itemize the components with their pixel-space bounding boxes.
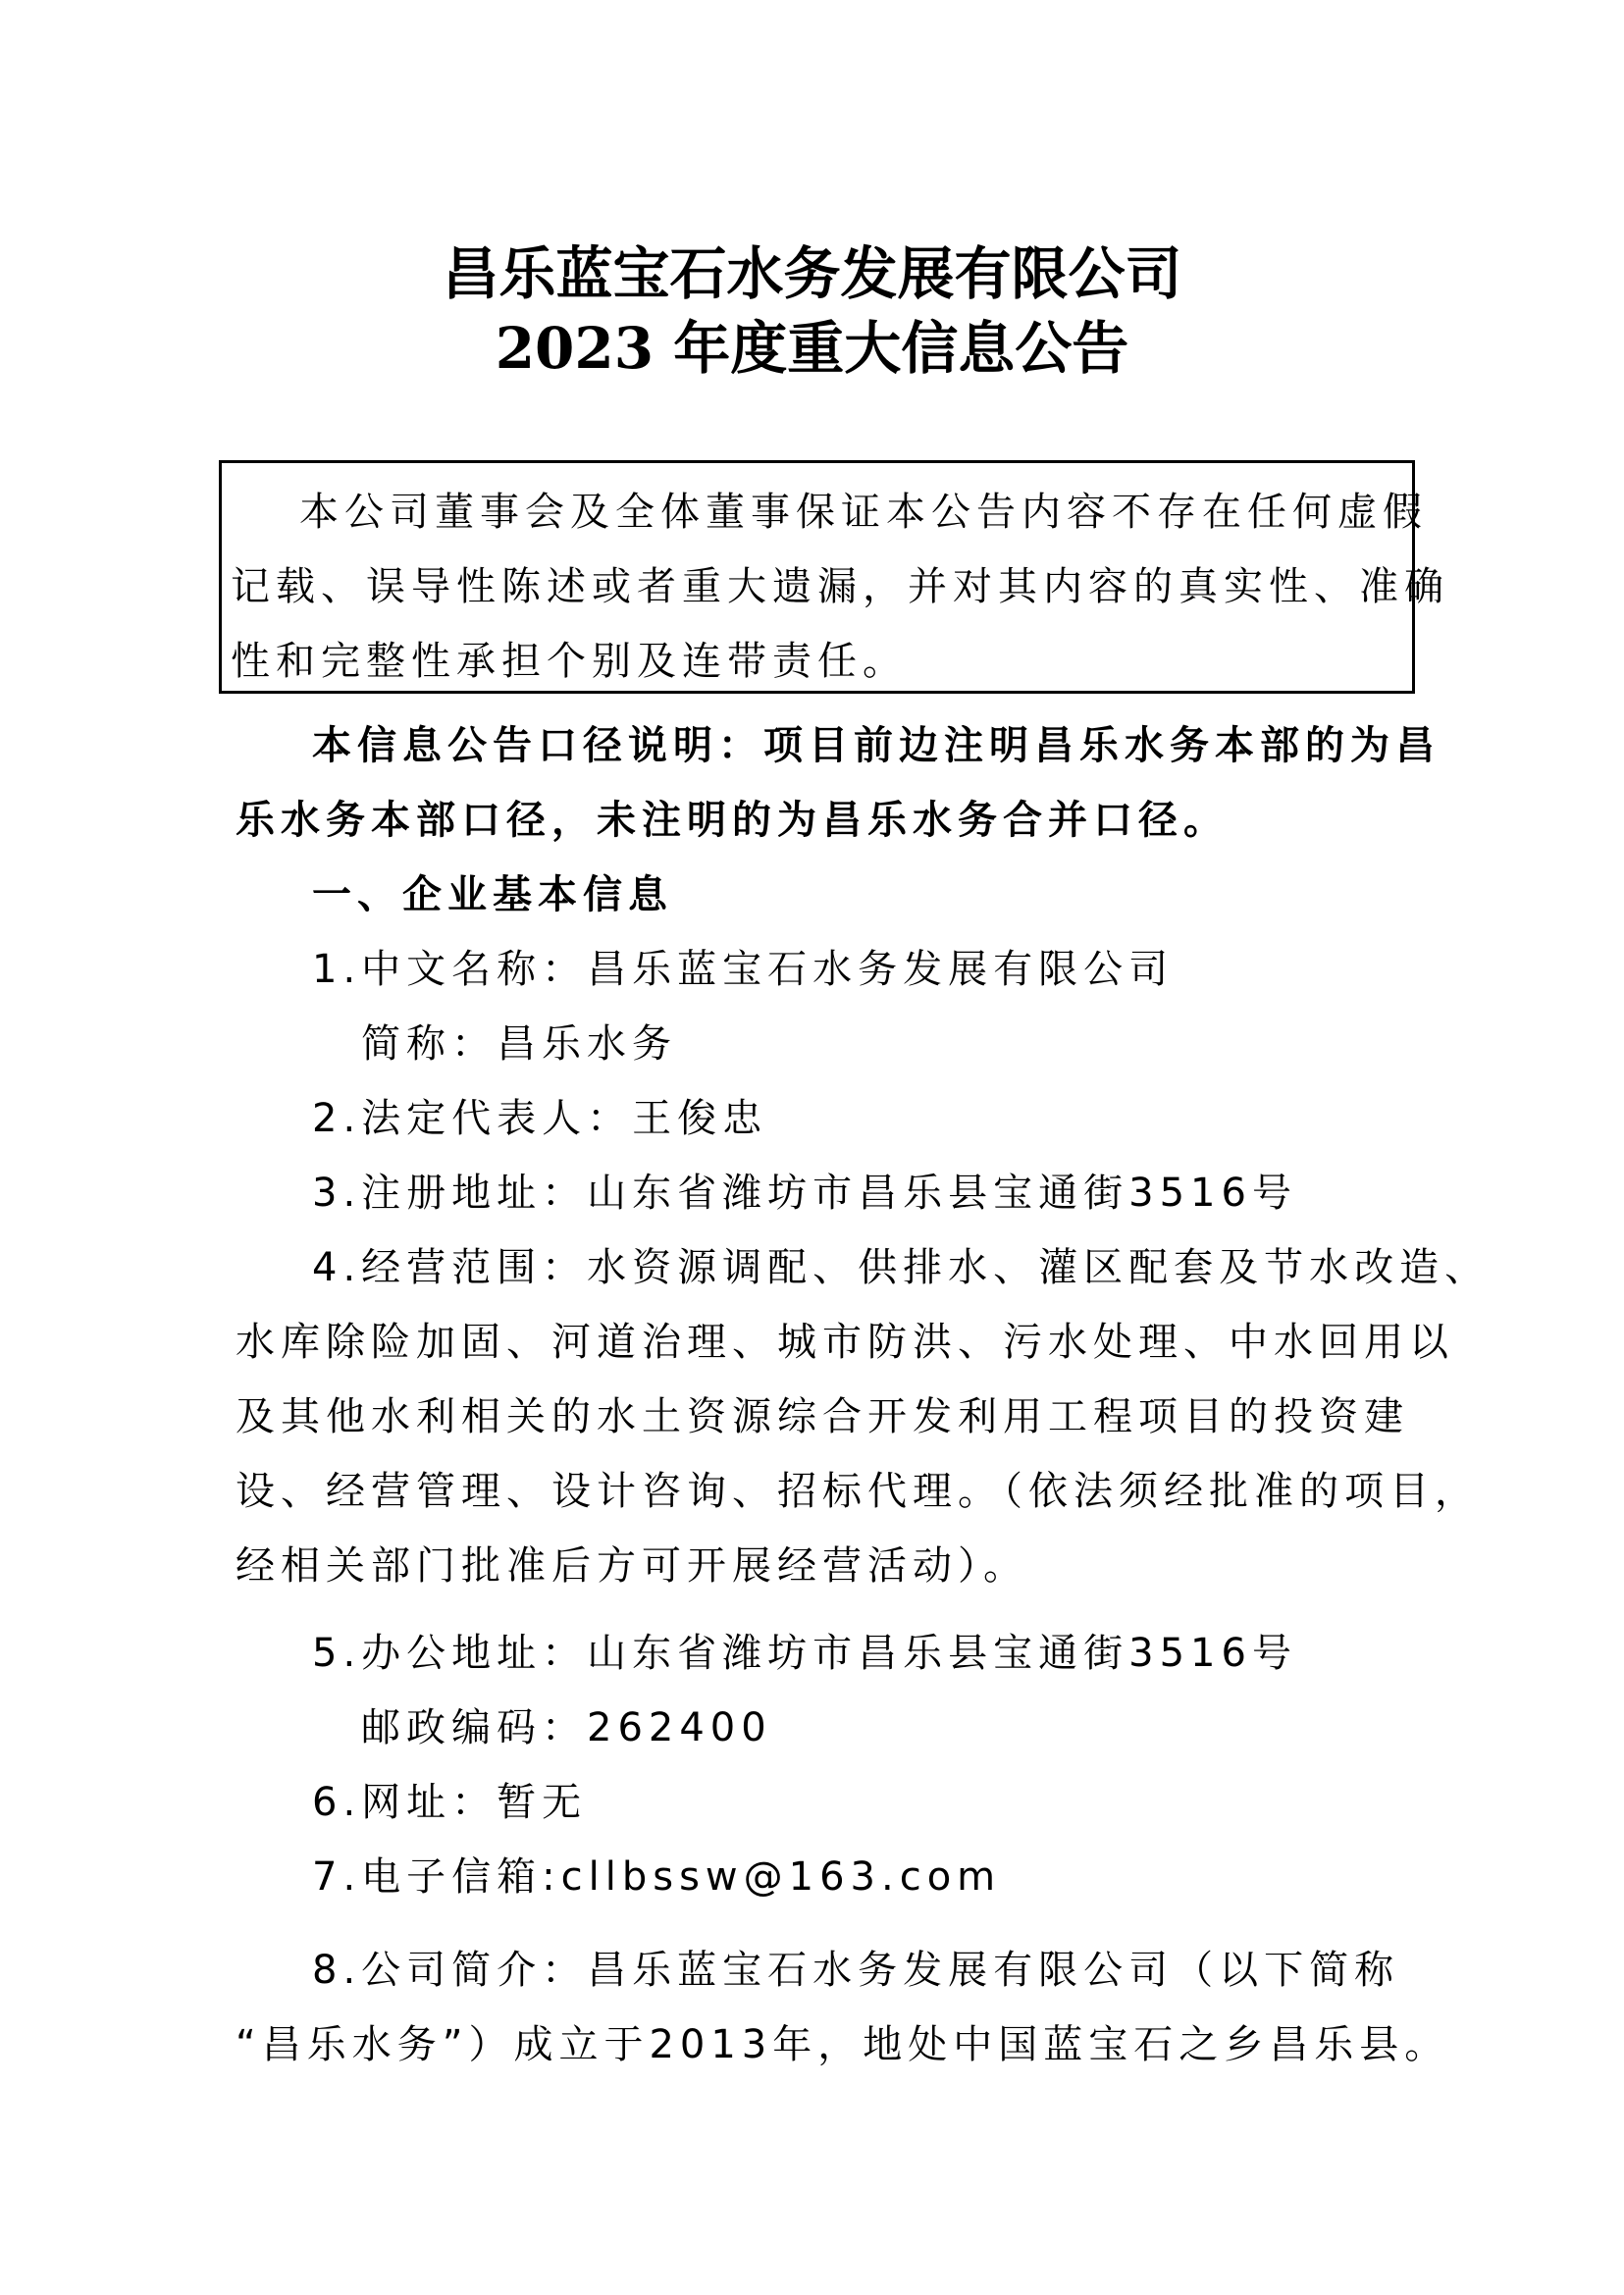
item-company-profile-line-1: 8.公司简介：昌乐蓝宝石水务发展有限公司（以下简称 [312,1946,1399,1995]
item-business-scope-line-2: 水库除险加固、河道治理、城市防洪、污水处理、中水回用以 [236,1318,1454,1367]
item-business-scope-line-4: 设、经营管理、设计咨询、招标代理。（依法须经批准的项目， [236,1467,1480,1516]
document-title-line1: 昌乐蓝宝石水务发展有限公司 [0,239,1624,308]
item-short-name: 简称：昌乐水务 [361,1019,677,1069]
document-title-line2: 2023 年度重大信息公告 [0,314,1624,383]
item-chinese-name: 1.中文名称：昌乐蓝宝石水务发展有限公司 [312,945,1174,994]
item-company-profile-line-2: “昌乐水务”）成立于2013年，地处中国蓝宝石之乡昌乐县。 [236,2020,1449,2069]
document-page: 昌乐蓝宝石水务发展有限公司 2023 年度重大信息公告 本公司董事会及全体董事保… [0,0,1624,2295]
item-postal-code: 邮政编码：262400 [361,1703,772,1752]
item-email: 7.电子信箱:cllbssw@163.com [312,1852,1001,1902]
item-business-scope-line-3: 及其他水利相关的水土资源综合开发利用工程项目的投资建 [236,1392,1409,1441]
item-business-scope-line-5: 经相关部门批准后方可开展经营活动）。 [236,1541,1028,1591]
section-heading-basic-info: 一、企业基本信息 [312,870,673,919]
item-business-scope-line-1: 4.经营范围：水资源调配、供排水、灌区配套及节水改造、 [312,1243,1490,1292]
scope-note-line-1: 本信息公告口径说明：项目前边注明昌乐水务本部的为昌 [312,721,1441,770]
item-website: 6.网址：暂无 [312,1778,587,1827]
item-office-address: 5.办公地址：山东省潍坊市昌乐县宝通街3516号 [312,1629,1297,1678]
disclaimer-line-1: 本公司董事会及全体董事保证本公告内容不存在任何虚假 [299,488,1428,537]
disclaimer-line-3: 性和完整性承担个别及连带责任。 [231,637,908,686]
item-legal-representative: 2.法定代表人：王俊忠 [312,1094,767,1143]
item-registered-address: 3.注册地址：山东省潍坊市昌乐县宝通街3516号 [312,1169,1297,1218]
scope-note-line-2: 乐水务本部口径，未注明的为昌乐水务合并口径。 [236,796,1229,845]
disclaimer-line-2: 记载、误导性陈述或者重大遗漏，并对其内容的真实性、准确 [231,562,1449,611]
